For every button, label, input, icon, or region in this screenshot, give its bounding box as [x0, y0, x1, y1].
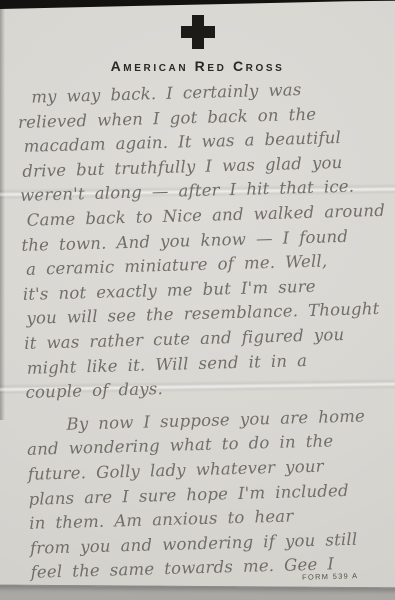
form-number: FORM 539 A — [302, 571, 359, 582]
letterhead: American Red Cross — [0, 15, 395, 74]
scan-top-edge — [0, 0, 395, 9]
red-cross-icon — [181, 15, 215, 49]
organization-name: American Red Cross — [111, 58, 285, 74]
letter-scan: American Red Cross my way back. I certai… — [0, 0, 395, 600]
letter-body: my way back. I certainly was relieved wh… — [17, 76, 395, 586]
scan-bottom-edge — [0, 585, 395, 600]
